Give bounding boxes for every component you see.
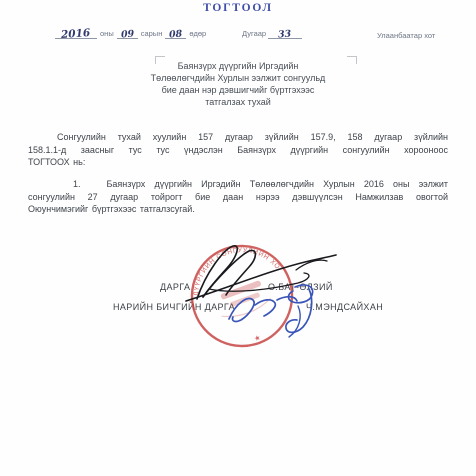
day-label: өдөр <box>189 29 206 39</box>
body-line: Сонгуулийн тухай хуулийн 157 дугаар зүйл… <box>28 131 448 144</box>
body-line: ТОГТООХ нь: <box>28 156 448 169</box>
stamp-star-icon: ★ <box>253 333 262 343</box>
document-title-block: Баянзүрх дүүргийн Иргэдийн Төлөөлөгчдийн… <box>113 60 363 108</box>
item-text: Баянзүрх дүүргийн Иргэдийн Төлөөлөгчдийн… <box>107 179 448 189</box>
document-page: ТОГТООЛ 2016 оны 09 сарын 08 өдөр Дугаар… <box>0 0 476 476</box>
city-label: Улаанбаатар хот <box>377 31 435 41</box>
title-line: Баянзүрх дүүргийн Иргэдийн <box>113 60 363 72</box>
title-line: Төлөөлөгчдийн Хурлын ээлжит сонгуульд <box>113 72 363 84</box>
body-line: 1.Баянзүрх дүүргийн Иргэдийн Төлөөлөгчди… <box>28 178 448 191</box>
signer-title-secretary: НАРИЙН БИЧГИЙН ДАРГА <box>113 302 235 312</box>
body-line: сонгуулийн 27 дугаар тойрогт бие даан нэ… <box>28 191 448 204</box>
item-number: 1. <box>73 179 81 189</box>
signer-title-chairman: ДАРГА <box>160 282 190 292</box>
handwritten-number: 33 <box>278 29 292 41</box>
month-underline: 09 <box>117 25 138 39</box>
signer-name-chairman: О.БАТ-ӨЛЗИЙ <box>268 282 333 292</box>
day-underline: 08 <box>165 25 186 39</box>
signer-name-secretary: Ч.МЭНДСАЙХАН <box>306 302 383 312</box>
handwritten-day: 08 <box>169 29 183 41</box>
signature-blue <box>229 285 313 337</box>
year-label: оны <box>100 29 114 39</box>
document-number: Дугаар 33 <box>242 25 302 39</box>
preamble-paragraph: Сонгуулийн тухай хуулийн 157 дугаар зүйл… <box>28 131 448 169</box>
body-line: 158.1.1-д заасныг тус тус үндэслэн Баянз… <box>28 144 448 157</box>
body-line: Оюунчимэгийг бүртгэхээс татгалзсугай. <box>28 203 448 216</box>
number-label: Дугаар <box>242 29 266 39</box>
number-underline: 33 <box>268 25 302 39</box>
handwritten-month: 09 <box>120 29 134 41</box>
title-line: бие даан нэр дэвшигчийг бүртгэхээс <box>113 84 363 96</box>
title-line: татгалзах тухай <box>113 96 363 108</box>
month-label: сарын <box>141 29 163 39</box>
date-line: 2016 оны 09 сарын 08 өдөр <box>55 25 206 39</box>
year-underline: 2016 <box>55 25 97 39</box>
resolution-item-1: 1.Баянзүрх дүүргийн Иргэдийн Төлөөлөгчди… <box>28 178 448 216</box>
document-type-title: ТОГТООЛ <box>0 2 476 14</box>
signature-black <box>186 246 336 301</box>
handwritten-year: 2016 <box>61 27 91 41</box>
